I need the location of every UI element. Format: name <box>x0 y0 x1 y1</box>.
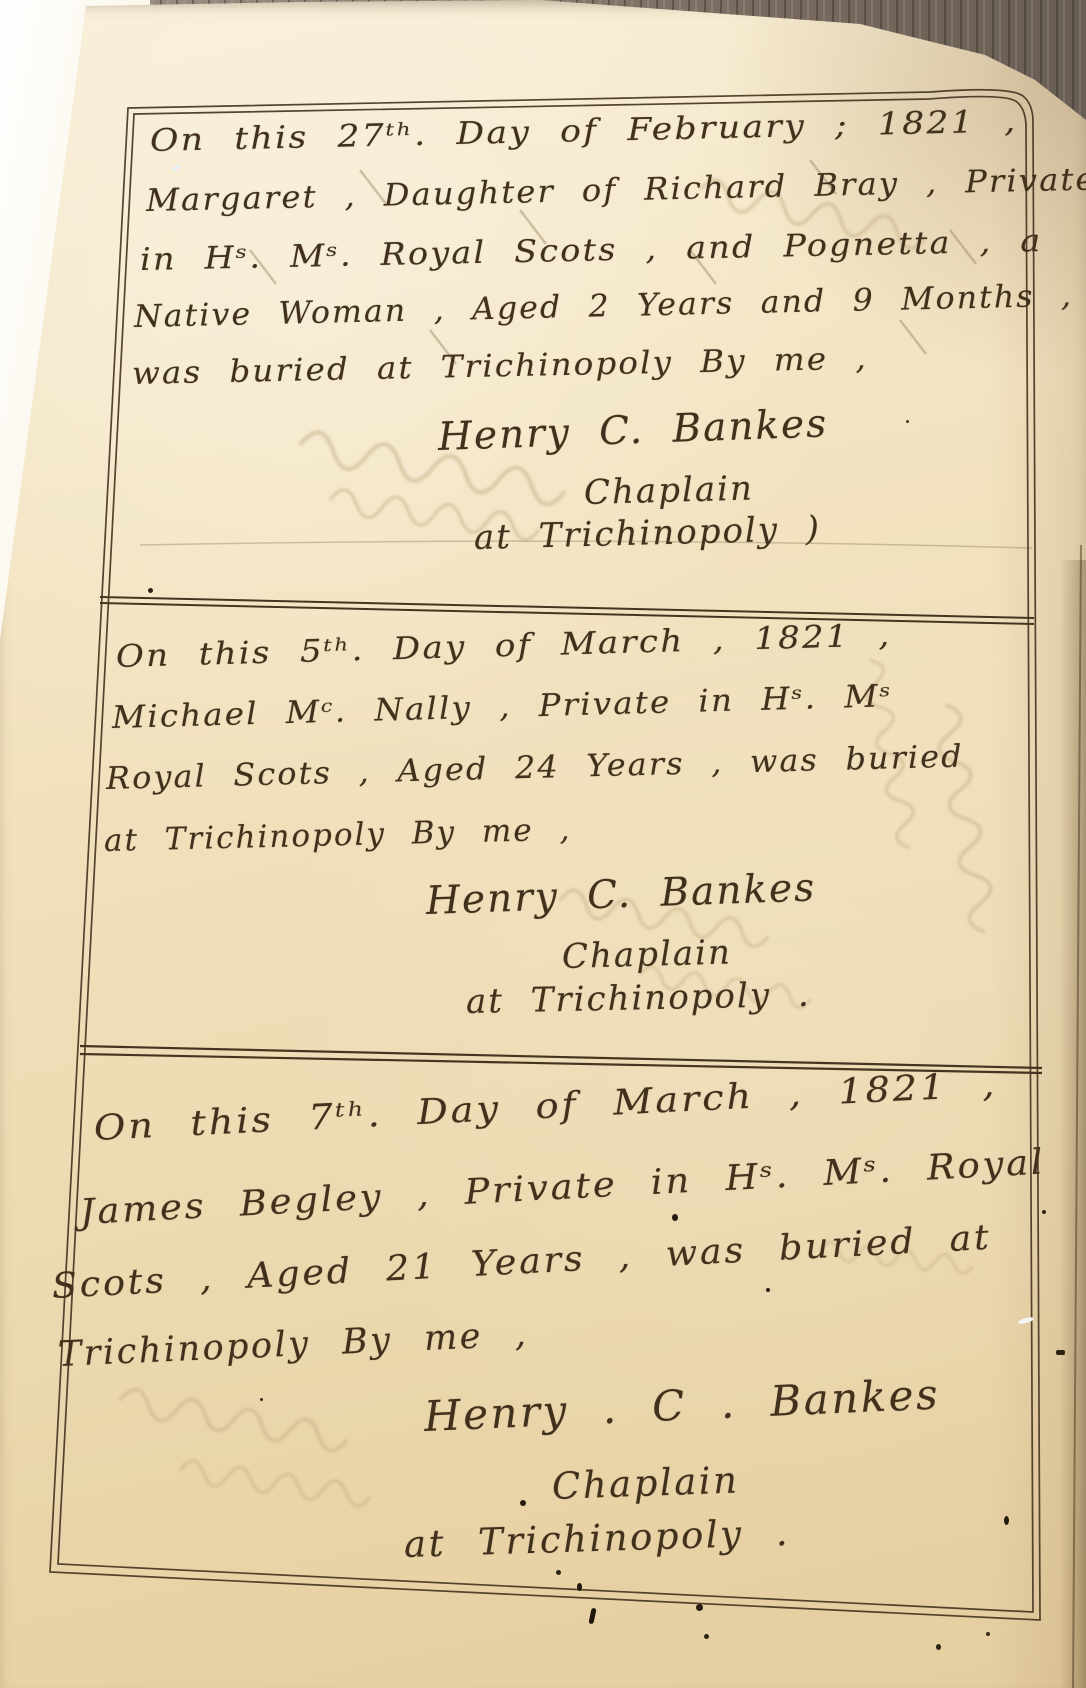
ink-speck <box>986 1632 990 1636</box>
ink-speck <box>906 420 909 423</box>
photo-canvas: On this 27ᵗʰ. Day of February ; 1821 , M… <box>0 0 1086 1688</box>
ink-speck <box>1056 1350 1065 1355</box>
entry-3-signature-title: Chaplain <box>551 1461 740 1505</box>
ink-speck <box>1042 1210 1046 1214</box>
entry-2-signature-place: at Trichinopoly . <box>466 978 811 1019</box>
entry-divider-1 <box>100 597 1034 618</box>
ink-speck <box>148 588 153 593</box>
entry-3-signature-place: at Trichinopoly . <box>403 1514 790 1563</box>
ink-speck <box>696 1604 703 1611</box>
ink-speck <box>556 1570 561 1575</box>
ink-speck <box>577 1583 582 1591</box>
ink-speck <box>704 1634 709 1639</box>
ink-speck <box>766 1288 770 1292</box>
ink-speck <box>936 1644 941 1650</box>
ink-speck <box>672 1214 678 1221</box>
ink-speck <box>1004 1516 1009 1525</box>
entry-2-signature-title: Chaplain <box>562 936 733 974</box>
ink-speck <box>520 1500 526 1506</box>
entry-1-signature-title: Chaplain <box>584 472 755 510</box>
ink-speck <box>260 1398 263 1401</box>
entry-1-signature-place: at Trichinopoly ) <box>474 512 822 555</box>
